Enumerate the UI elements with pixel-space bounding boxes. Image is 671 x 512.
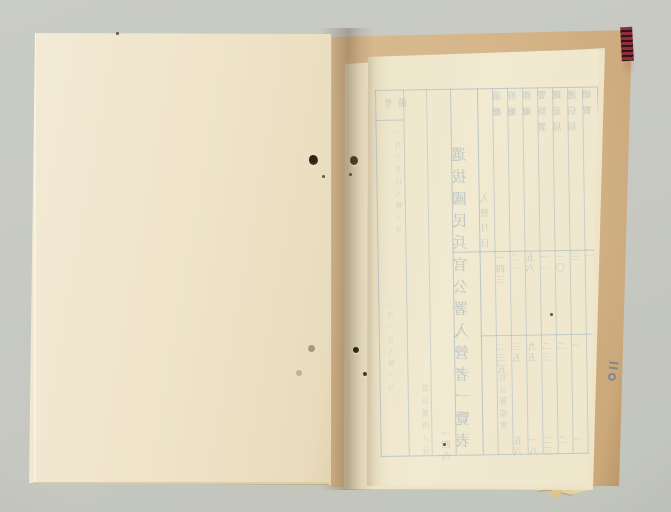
table-cell-value: 九五 xyxy=(528,341,537,363)
table-overlay: 備考 選拔國民兵官公署入營者一覽表 道廳府廳郡廳警察署鐵道局遞信局總數一四三二一… xyxy=(375,86,605,459)
table-cell-value: 一〇 xyxy=(557,252,566,274)
table-cell-value: 三五 xyxy=(513,342,522,364)
page-number-stroke xyxy=(609,367,618,370)
table-column-label: 郡廳 xyxy=(523,91,533,123)
table-column-label: 鐵道局 xyxy=(553,90,563,138)
table-cell-value: 二三五 xyxy=(498,342,508,375)
table-cell-value: 三 xyxy=(572,252,581,263)
table-cell-value: 一四三 xyxy=(497,253,507,286)
table-cell-value: 一四八 xyxy=(442,429,452,462)
table-cell-value: 二三 xyxy=(544,435,553,457)
table-column-label: 總數 xyxy=(583,90,593,122)
table-cell-value: 一一 xyxy=(542,252,551,274)
table-cell-value: 一 xyxy=(573,341,582,352)
table-grid-line xyxy=(375,90,382,456)
table-grid-line xyxy=(381,452,603,456)
table-column-label: 警察署 xyxy=(538,90,548,138)
table-cell-value: 二 xyxy=(559,435,568,446)
page-edge-stack xyxy=(33,482,329,484)
table-note: 二月一日入營ノ分 xyxy=(387,300,396,396)
table-grid-line xyxy=(582,87,589,453)
table-cell-value: 二一 xyxy=(512,253,521,275)
table-grid-line xyxy=(375,87,597,91)
table-note: 官公署協會 xyxy=(499,373,508,433)
table-column-label: 道廳 xyxy=(493,91,503,123)
table-cell-value: 二三 xyxy=(543,341,552,363)
inner-page-translucent: 備考 選拔國民兵官公署入營者一覽表 道廳府廳郡廳警察署鐵道局遞信局總數一四三二一… xyxy=(367,42,602,490)
table-cell-value: 一八 xyxy=(529,435,538,457)
table-grid-line xyxy=(403,90,410,456)
table-grid-line xyxy=(375,120,403,121)
table-cell-value: 二 xyxy=(558,341,567,352)
page-edge-highlight xyxy=(34,33,36,483)
table-column-label: 遞信局 xyxy=(568,90,578,138)
table-cell-value: 五六 xyxy=(527,252,536,274)
page-number-stroke xyxy=(609,362,618,365)
spine-binding-red xyxy=(620,27,634,62)
table-cell-value: 一 xyxy=(574,435,583,446)
page-number-zero-glyph xyxy=(608,372,617,381)
table-note: 一月十五日入營ノ分 xyxy=(395,130,404,238)
table-grid-line xyxy=(477,88,484,454)
photo-open-book: 備考 選拔國民兵官公署入營者一覽表 道廳府廳郡廳警察署鐵道局遞信局總數一四三二一… xyxy=(0,0,671,512)
table-grid-line xyxy=(567,87,574,453)
left-blank-page xyxy=(29,33,331,485)
table-note: 入營月日 xyxy=(481,193,491,253)
table-note: 官公署內ノ分 xyxy=(422,384,431,459)
table-cell-value: 五六 xyxy=(514,436,523,458)
table-column-label: 府廳 xyxy=(508,91,518,123)
